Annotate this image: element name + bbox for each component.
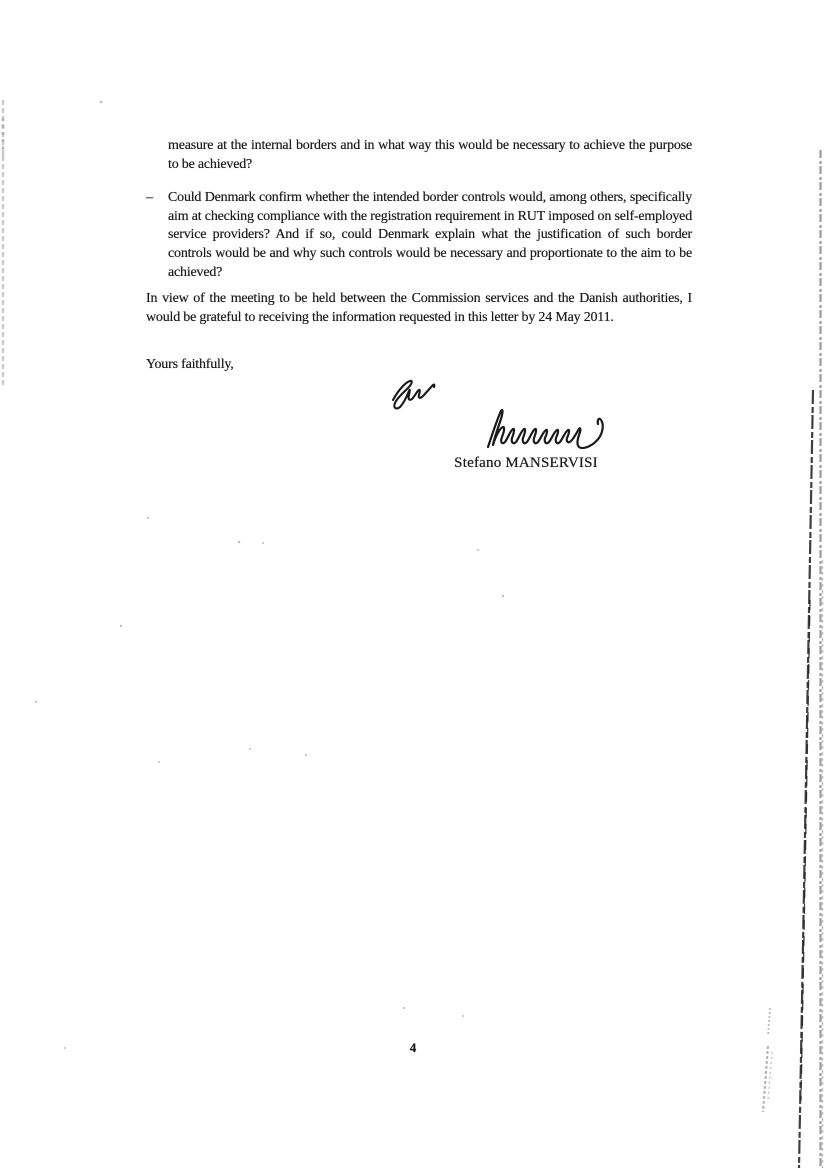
bullet-paragraph: Could Denmark confirm whether the intend… [168,189,692,283]
page-number: 4 [398,1040,428,1056]
bullet-item: – Could Denmark confirm whether the inte… [146,189,692,283]
scan-artifact-fuzzy-patch [763,1008,772,1112]
paragraph-continuation: measure at the internal borders and in w… [168,137,692,174]
bullet-dash: – [146,189,168,208]
signatory-name: Stefano MANSERVISI [425,454,627,472]
paragraph-closing: In view of the meeting to be held betwee… [146,290,692,327]
scan-edge-artifacts [0,0,825,1168]
scanned-letter-page: measure at the internal borders and in w… [0,0,825,1168]
valediction: Yours faithfully, [146,356,446,375]
handwritten-signature-scrawl [481,405,617,453]
handwritten-initials-scrawl [387,374,441,416]
scan-artifact-right-inner-line [799,390,813,1168]
